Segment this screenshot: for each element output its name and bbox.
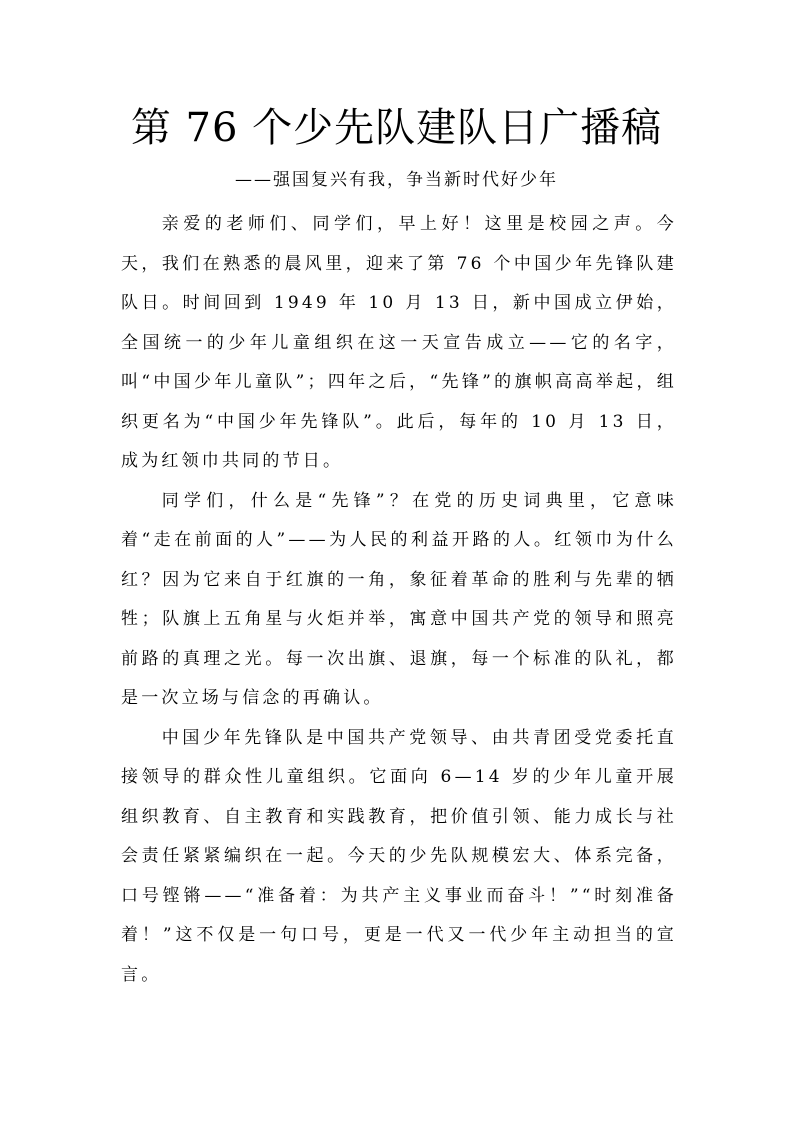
document-body: 亲爱的老师们、同学们，早上好！这里是校园之声。今天，我们在熟悉的晨风里，迎来了第… bbox=[121, 205, 677, 995]
document-subtitle: ——强国复兴有我，争当新时代好少年 bbox=[0, 168, 793, 192]
document-title: 第 76 个少先队建队日广播稿 bbox=[0, 100, 793, 156]
paragraph-2: 同学们，什么是“先锋”？在党的历史词典里，它意味着“走在前面的人”——为人民的利… bbox=[121, 482, 677, 719]
paragraph-1: 亲爱的老师们、同学们，早上好！这里是校园之声。今天，我们在熟悉的晨风里，迎来了第… bbox=[121, 205, 677, 482]
document-page: 第 76 个少先队建队日广播稿 ——强国复兴有我，争当新时代好少年 亲爱的老师们… bbox=[0, 0, 793, 1122]
paragraph-3: 中国少年先锋队是中国共产党领导、由共青团受党委托直接领导的群众性儿童组织。它面向… bbox=[121, 719, 677, 996]
